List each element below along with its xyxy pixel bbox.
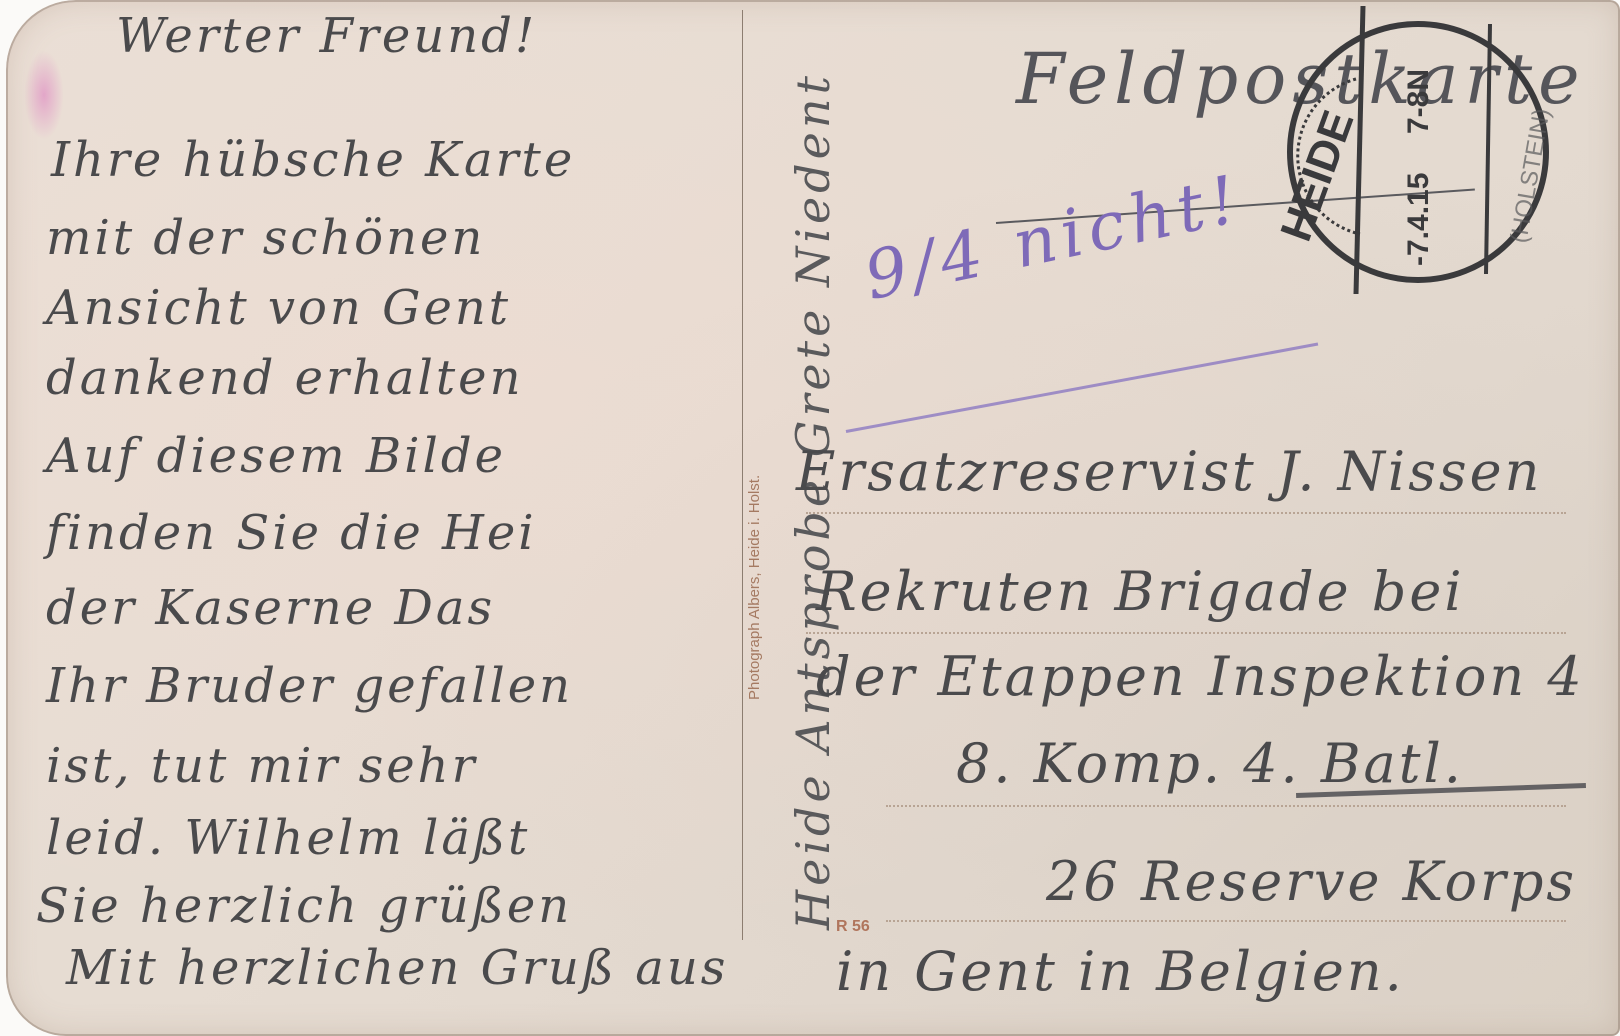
address-rule — [806, 632, 1566, 634]
message-line: der Kaserne Das — [46, 580, 495, 636]
postmark-town: HEIDE — [1271, 104, 1363, 247]
message-line: Ihr Bruder gefallen — [46, 658, 573, 714]
message-line: dankend erhalten — [46, 350, 524, 406]
address-line: Rekruten Brigade bei — [816, 560, 1465, 623]
center-divider — [742, 10, 743, 940]
address-line: 26 Reserve Korps — [1046, 850, 1577, 913]
message-line: mit der schönen — [46, 210, 485, 266]
svg-text:(HOLSTEIN): (HOLSTEIN) — [1505, 106, 1555, 245]
publisher-imprint: Photograph Albers, Heide i. Holst. — [746, 475, 763, 700]
message-line: Auf diesem Bilde — [46, 428, 506, 484]
postcard: Werter Freund! Ihre hübsche Karte mit de… — [6, 0, 1620, 1036]
address-line: der Etappen Inspektion 4 — [816, 645, 1585, 708]
address-rule — [886, 920, 1566, 922]
message-line: Mit herzlichen Gruß aus — [66, 940, 728, 996]
svg-text:7-8N: 7-8N — [1402, 69, 1435, 134]
violet-underline — [846, 343, 1319, 433]
postmark-date: -7.4.15 7-8N — [1402, 69, 1435, 266]
message-line: Ansicht von Gent — [46, 280, 511, 336]
postmark-stamp: HEIDE -7.4.15 7-8N (HOLSTEIN) — [1268, 4, 1588, 304]
message-line: Sie herzlich grüßen — [36, 878, 572, 934]
message-line: ist, tut mir sehr — [46, 738, 478, 794]
address-line: in Gent in Belgien. — [836, 940, 1405, 1003]
address-rule — [806, 512, 1566, 514]
svg-text:HEIDE: HEIDE — [1271, 104, 1363, 247]
message-line: finden Sie die Hei — [46, 505, 537, 561]
message-line: Werter Freund! — [116, 8, 537, 64]
series-code: R 56 — [836, 918, 870, 936]
message-line: Ihre hübsche Karte — [51, 132, 575, 188]
violet-annotation: 9/4 nicht! — [858, 160, 1249, 315]
address-line: Ersatzreservist J. Nissen — [796, 440, 1542, 503]
ink-stain — [24, 50, 64, 140]
address-line: 8. Komp. 4. Batl. — [956, 732, 1464, 795]
svg-text:-7.4.15: -7.4.15 — [1402, 173, 1435, 266]
message-line: leid. Wilhelm läßt — [46, 810, 530, 866]
postmark-region: (HOLSTEIN) — [1505, 106, 1555, 245]
address-rule — [886, 805, 1566, 807]
